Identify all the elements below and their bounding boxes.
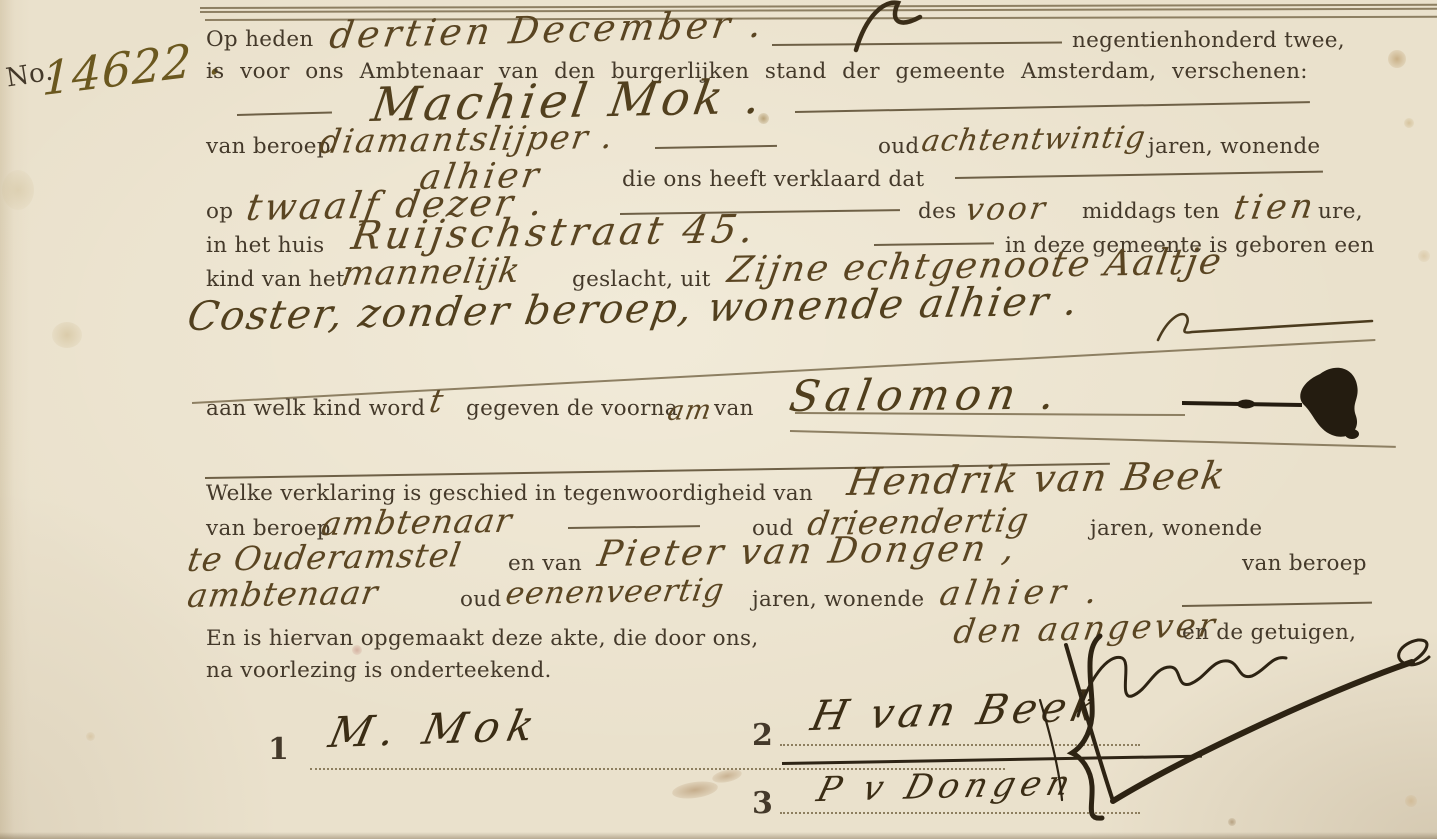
signature-witness-2: P v Dongen [813, 763, 1080, 810]
l4-handwritten-age: achtentwintig [919, 120, 1148, 159]
l6-printed-middags: middags ten [1082, 199, 1220, 224]
l3-dash-left [237, 112, 332, 116]
signature-line-3 [780, 812, 1140, 814]
l10-lower-rule [790, 430, 1396, 447]
stain-spot [352, 645, 362, 655]
l4-printed-pre: van beroep [206, 134, 331, 159]
l4-printed-post: jaren, wonende [1148, 134, 1320, 159]
l14-printed-oud: oud [460, 587, 501, 612]
signature-number-1: 1 [268, 732, 289, 767]
l6-handwritten-hour: tien [1231, 187, 1320, 229]
l6-printed-op: op [206, 199, 233, 224]
signature-witness-1: H van Beek [807, 682, 1106, 740]
l10-printed-mid: gegeven de voorna [466, 396, 678, 421]
l13-printed-mid: en van [508, 551, 582, 576]
l1-fill-line [772, 41, 1062, 46]
l1-printed-post: negentienhonderd twee, [1072, 28, 1345, 53]
l5-printed: die ons heeft verklaard dat [622, 167, 924, 192]
l15-printed-pre: En is hiervan opgemaakt deze akte, die d… [206, 626, 758, 651]
signature-line-2 [780, 744, 1140, 746]
separator-rule-upper [192, 339, 1375, 404]
l8-handwritten-sex: mannelijk [339, 251, 524, 294]
l7-handwritten-address: Ruijschstraat 45. [348, 207, 760, 259]
signature-number-2: 2 [752, 718, 773, 753]
stain-spot [1405, 795, 1417, 807]
l6-handwritten-voormiddag: voor [963, 191, 1050, 229]
stain-spot [2, 170, 34, 210]
l11-handwritten-witness-1: Hendrik van Beek [845, 453, 1230, 504]
registrar-signature-flourish [1040, 640, 1429, 801]
signature-strike-line [782, 755, 1202, 765]
stain-spot [52, 322, 82, 348]
stain-spot [758, 113, 769, 124]
l13-printed-post: van beroep [1242, 551, 1367, 576]
ink-blot [1182, 368, 1359, 439]
signature-number-3: 3 [752, 786, 773, 821]
act-number-value: 14622 . [42, 29, 224, 106]
l3-fill-line [795, 101, 1310, 113]
l12-printed-post: jaren, wonende [1090, 516, 1262, 541]
l12-dash [568, 525, 700, 529]
stain-spot [1418, 250, 1430, 262]
l14-printed-mid: jaren, wonende [752, 587, 924, 612]
l6-printed-ure: ure, [1318, 199, 1363, 224]
l4-handwritten-occupation: diamantslijper . [317, 117, 618, 161]
l14-handwritten-occupation: ambtenaar [185, 573, 381, 615]
l4-dash [655, 145, 777, 149]
stain-spot [1404, 118, 1414, 128]
l15-handwritten-aangever: den aangever [951, 605, 1220, 651]
l10-handwritten-t: t [427, 381, 448, 420]
l9-flourish-dash [1158, 314, 1372, 340]
l14-handwritten-age: eenenveertig [503, 572, 727, 612]
l10-printed-pre: aan welk kind word [206, 396, 425, 421]
stain-spot [1388, 50, 1406, 68]
l1-printed-pre: Op heden [206, 27, 314, 52]
l10-handwritten-am: am [665, 394, 714, 427]
l7-printed-pre: in het huis [206, 233, 325, 258]
l10-printed-van: van [714, 396, 754, 421]
l13-handwritten-residence: te Ouderamstel [185, 535, 464, 579]
l15-printed-post: en de getuigen, [1182, 620, 1356, 645]
stain-spot [1228, 818, 1236, 826]
signature-declarant: M. Mok [325, 700, 547, 757]
scanned-birth-certificate: No. 14622 . Op heden dertien December . … [0, 0, 1437, 839]
stain-spot [86, 732, 95, 741]
l16-printed: na voorlezing is onderteekend. [206, 658, 552, 683]
l13-handwritten-witness-2: Pieter van Dongen , [595, 528, 1021, 575]
l6-printed-des: des [918, 199, 956, 224]
l4-printed-oud: oud [878, 134, 919, 159]
stain-smear [671, 779, 719, 801]
l5-fill-line [955, 171, 1323, 179]
l8-printed-pre: kind van het [206, 267, 345, 292]
